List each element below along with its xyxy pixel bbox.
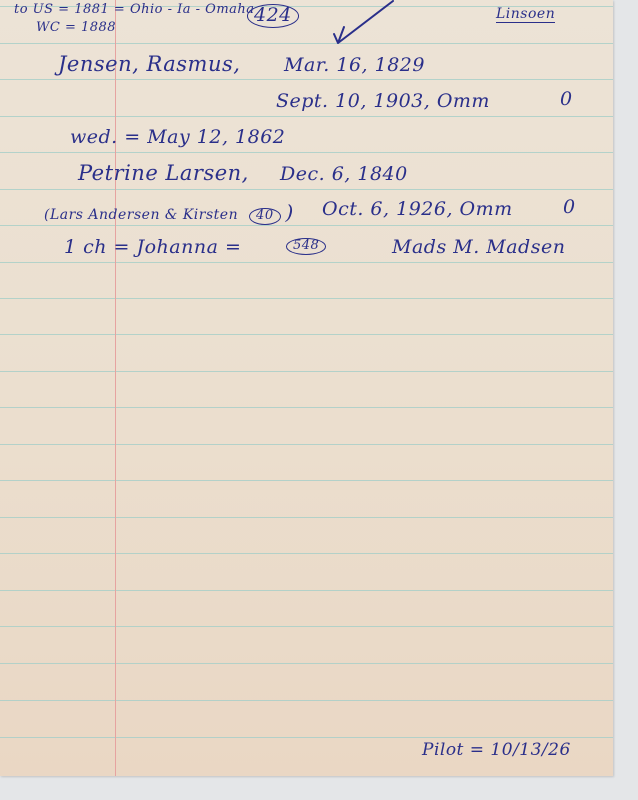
husband-name: Jensen, Rasmus, [58, 52, 240, 76]
record-number-circle: 424 [247, 4, 299, 28]
ruled-line [0, 298, 613, 299]
ruled-line [0, 700, 613, 701]
ruled-line [0, 663, 613, 664]
ruled-line [0, 189, 613, 190]
child-ref-circle: 548 [286, 238, 326, 255]
marriage-date: wed. = May 12, 1862 [70, 126, 285, 148]
pilot-note: Pilot = 10/13/26 [422, 740, 571, 760]
ruled-line [0, 79, 613, 80]
ruled-line [0, 407, 613, 408]
husband-death-mark: 0 [560, 88, 573, 110]
husband-death-date: Sept. 10, 1903, Omm [276, 90, 490, 112]
wife-parents-close: ) [286, 200, 294, 224]
immigration-note: to US = 1881 = Ohio - Ia - Omaha [14, 2, 255, 17]
ruled-line [0, 371, 613, 372]
lined-paper-page: to US = 1881 = Ohio - Ia - Omaha WC = 18… [0, 0, 613, 776]
wife-parents-names: (Lars Andersen & Kirsten [44, 207, 238, 223]
ruled-line [0, 737, 613, 738]
wife-name: Petrine Larsen, [78, 161, 249, 185]
ruled-line [0, 480, 613, 481]
wife-birth-date: Dec. 6, 1840 [280, 163, 408, 185]
husband-birth-date: Mar. 16, 1829 [284, 54, 425, 76]
surname-tag: Linsoen [496, 6, 555, 22]
ruled-line [0, 334, 613, 335]
child-ref: 548 [286, 238, 326, 255]
ruled-line [0, 444, 613, 445]
ruled-line [0, 152, 613, 153]
red-margin-line [115, 0, 116, 776]
record-number: 424 [247, 4, 299, 28]
ruled-line [0, 225, 613, 226]
ruled-line [0, 590, 613, 591]
ruled-line [0, 262, 613, 263]
child-spouse: Mads M. Madsen [392, 236, 565, 258]
check-mark-icon [330, 0, 400, 50]
wife-parents-ref: 40 [249, 208, 281, 225]
children-entry: 1 ch = Johanna = [64, 236, 241, 258]
ruled-line [0, 116, 613, 117]
ruled-line [0, 43, 613, 44]
ruled-line [0, 626, 613, 627]
ruled-line [0, 553, 613, 554]
wife-parents: (Lars Andersen & Kirsten 40 ) [44, 200, 294, 225]
wife-death-mark: 0 [563, 196, 576, 218]
wc-note: WC = 1888 [36, 20, 116, 35]
ruled-line [0, 517, 613, 518]
wife-death-date: Oct. 6, 1926, Omm [322, 198, 513, 220]
